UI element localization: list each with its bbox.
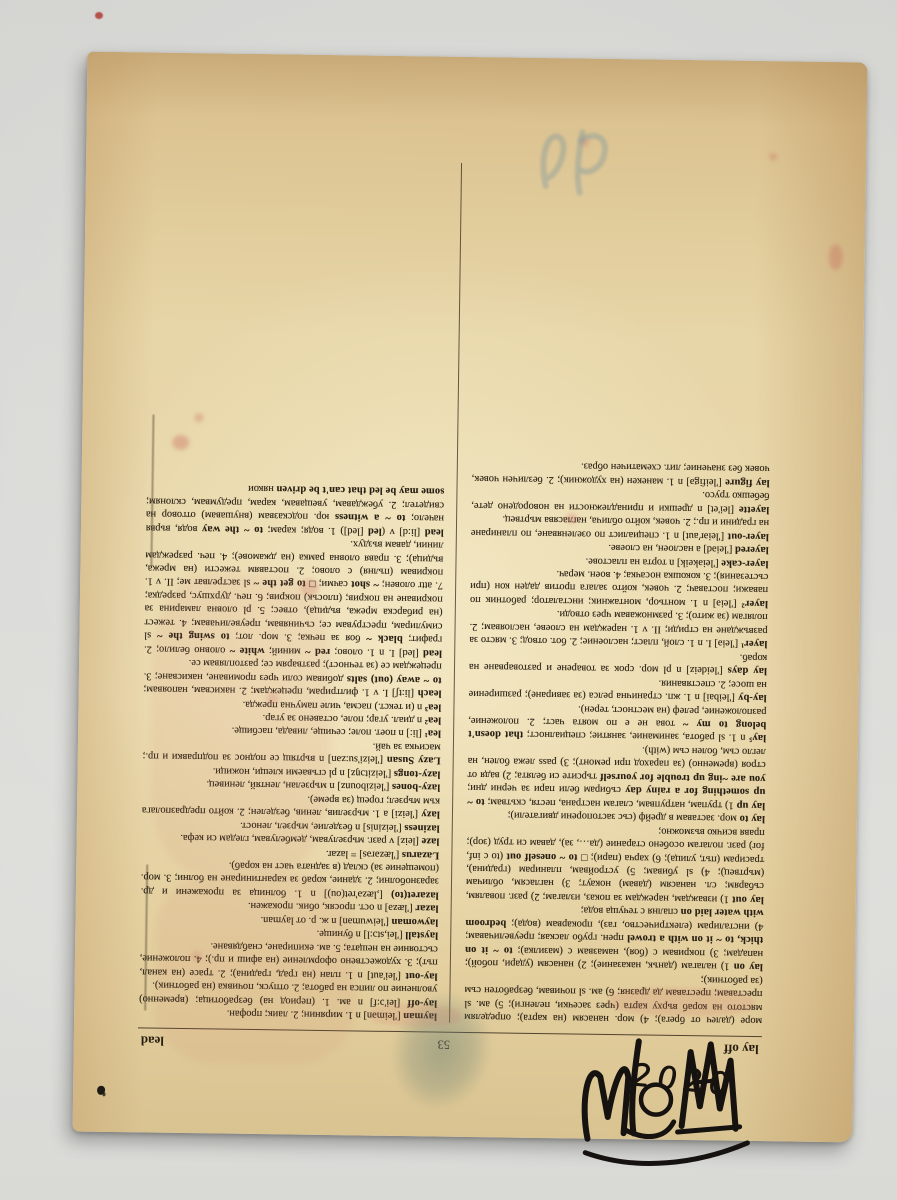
dictionary-entry: lead [led] I. n 1. олово; red ~ миний; w…: [144, 534, 444, 659]
photo-background: lay off 53 lead море (далеч от брега); 4…: [0, 0, 897, 1200]
dictionary-entry: layette [lei'et] n дрешки и принадлежнос…: [471, 485, 769, 516]
dictionary-entry: lay-by ['leibai] n 1. жп. странична релс…: [469, 673, 767, 704]
ink-dot: [97, 1086, 105, 1095]
dictionary-entry: layer² ['leiə] n 1. монтьор, монтажник; …: [470, 566, 769, 611]
dictionary-entry: leach [li:tʃ] I. v 1. филтрирам, прецежд…: [143, 655, 442, 700]
dictionary-entry: lazy ['leizi] a 1. мързелив, ленив, безд…: [142, 790, 440, 821]
column-left: море (далеч от брега); 4) мор. нанасям (…: [464, 163, 774, 1027]
dictionary-entry: lay out 1) изваждам, нареждам за показ, …: [466, 821, 765, 906]
dictionary-entry: lay-out ['lei'aut] n 1. план (на град, г…: [139, 938, 438, 983]
red-speck: [95, 12, 103, 19]
dictionary-entry: lay on 1) налагам (данък, наказание); 2)…: [465, 902, 764, 973]
dictionary-entry: layer-out ['leiər'aut] n 1. специалист п…: [471, 512, 769, 543]
faded-blue-initials: [523, 120, 634, 208]
dictionary-entry: layer¹ ['leiə] I. n 1. слой, пласт; насл…: [469, 606, 768, 651]
dictionary-page: lay off 53 lead море (далеч от брега); 4…: [72, 52, 867, 1143]
column-right: layman ['leimən] n 1. мирянин; 2. лаик; …: [139, 159, 449, 1023]
dictionary-entry: lay figure ['leifigə] n 1. манекен (на х…: [472, 458, 770, 489]
dictionary-entry: lay up 1) трупам, натрупвам, слагам наст…: [467, 740, 766, 811]
stain-pink-8: [829, 244, 843, 270]
dictionary-entry: Lazy Susan ['leizi'su:zən] n въртящ се п…: [142, 736, 440, 767]
dictionary-entry: lay days ['leideiz] n pl мор. срок за то…: [469, 646, 767, 677]
dictionary-entry: lead [li:d] v (led [led]) 1. водя; карам…: [146, 480, 445, 538]
page-content-rotated: lay off 53 lead море (далеч от брега); 4…: [138, 136, 775, 1057]
dictionary-entry: lay-off [lei'ɔ:f] n ам. 1. (период на) б…: [139, 978, 437, 1009]
header-word-right: lead: [141, 1032, 164, 1048]
dictionary-entry: море (далеч от брега); 4) мор. нанасям (…: [464, 969, 763, 1027]
dictionary-entry: lay⁵ n 1. sl работа, занимание, занятие;…: [468, 700, 767, 745]
text-columns: море (далеч от брега); 4) мор. нанасям (…: [138, 158, 774, 1027]
dictionary-entry: lazaret(to) [,læzə'ret(ou)] n 1. болница…: [141, 857, 440, 902]
column-divider: [449, 163, 462, 1023]
page-number: 53: [437, 1037, 450, 1052]
signature-tag: [577, 1021, 819, 1184]
